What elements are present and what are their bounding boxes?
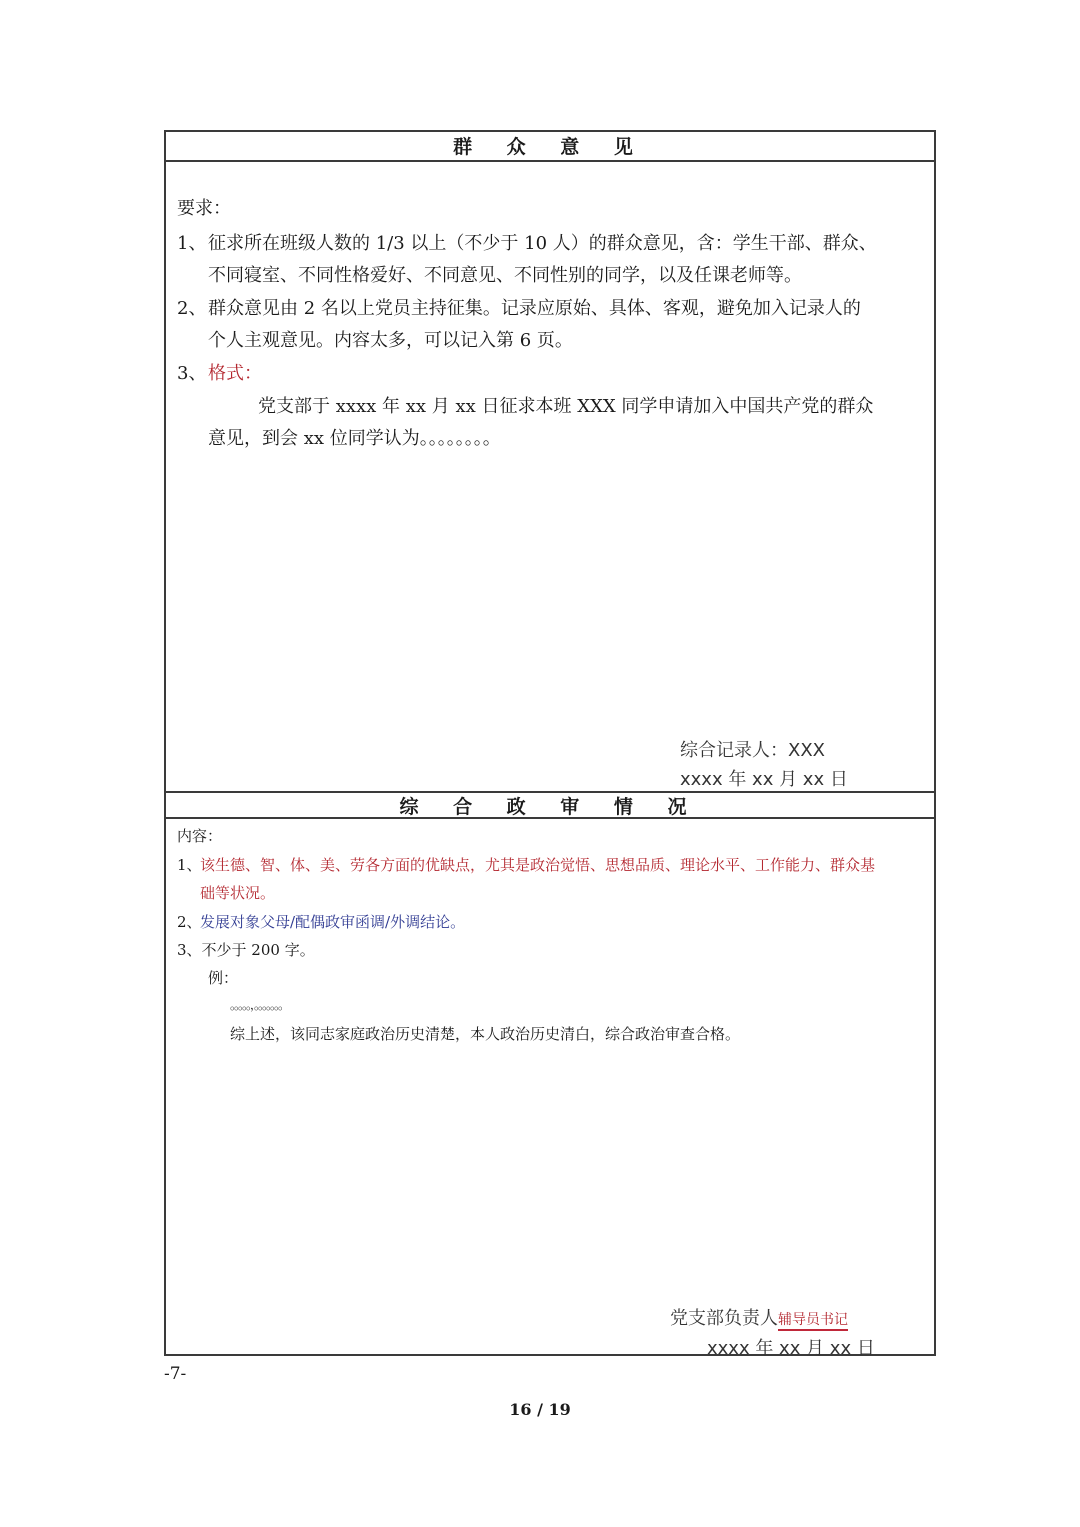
section-title-political-review: 综 合 政 审 情 况 — [166, 791, 934, 819]
branch-leader-role: 辅导员书记 — [778, 1312, 848, 1331]
req-item-1-num: 1、 — [177, 229, 206, 255]
branch-leader-date: xxxx 年 xx 月 xx 日 — [707, 1334, 875, 1360]
review-item-2-num: 2、 — [177, 911, 202, 932]
req-item-2-line1: 群众意见由 2 名以上党员主持征集。记录应原始、具体、客观，避免加入记录人的 — [208, 294, 861, 320]
example-conclusion: 综上述，该同志家庭政治历史清楚，本人政治历史清白，综合政治审查合格。 — [230, 1023, 740, 1044]
review-item-2-text: 发展对象父母/配偶政审函调/外调结论。 — [200, 911, 465, 932]
req-item-3-num: 3、 — [177, 359, 206, 385]
req-item-3-format-label: 格式： — [208, 359, 262, 385]
form-table: 群 众 意 见 要求： 1、 征求所在班级人数的 1/3 以上（不少于 10 人… — [164, 130, 936, 1356]
format-example-line2: 意见，到会 xx 位同学认为。。。。。。。。 — [208, 424, 501, 450]
review-item-1-num: 1、 — [177, 854, 202, 875]
recorder-signature: 综合记录人：XXX — [680, 736, 825, 762]
review-item-1-line2: 础等状况。 — [200, 882, 275, 903]
req-item-2-num: 2、 — [177, 294, 206, 320]
branch-leader-signature: 党支部负责人辅导员书记 — [670, 1304, 848, 1330]
viewer-page-indicator: 16 / 19 — [0, 1400, 1080, 1419]
requirement-label: 要求： — [177, 194, 231, 220]
document-page-number: -7- — [164, 1364, 186, 1384]
content-label: 内容： — [177, 825, 222, 846]
example-label: 例： — [208, 967, 238, 988]
format-example-line1: 党支部于 xxxx 年 xx 月 xx 日征求本班 XXX 同学申请加入中国共产… — [258, 392, 873, 418]
review-item-1-line1: 该生德、智、体、美、劳各方面的优缺点，尤其是政治觉悟、思想品质、理论水平、工作能… — [200, 854, 875, 875]
req-item-1-line1: 征求所在班级人数的 1/3 以上（不少于 10 人）的群众意见，含：学生干部、群… — [208, 229, 877, 255]
example-dots: 。。。。。，。。。。。。。 — [230, 996, 288, 1013]
req-item-2-line2: 个人主观意见。内容太多，可以记入第 6 页。 — [208, 326, 573, 352]
recorder-date: xxxx 年 xx 月 xx 日 — [680, 765, 848, 791]
req-item-1-line2: 不同寝室、不同性格爱好、不同意见、不同性别的同学，以及任课老师等。 — [208, 261, 802, 287]
section-title-mass-opinion: 群 众 意 见 — [166, 132, 934, 162]
review-item-3-text: 3、不少于 200 字。 — [177, 939, 315, 960]
branch-leader-label: 党支部负责人 — [670, 1308, 778, 1329]
